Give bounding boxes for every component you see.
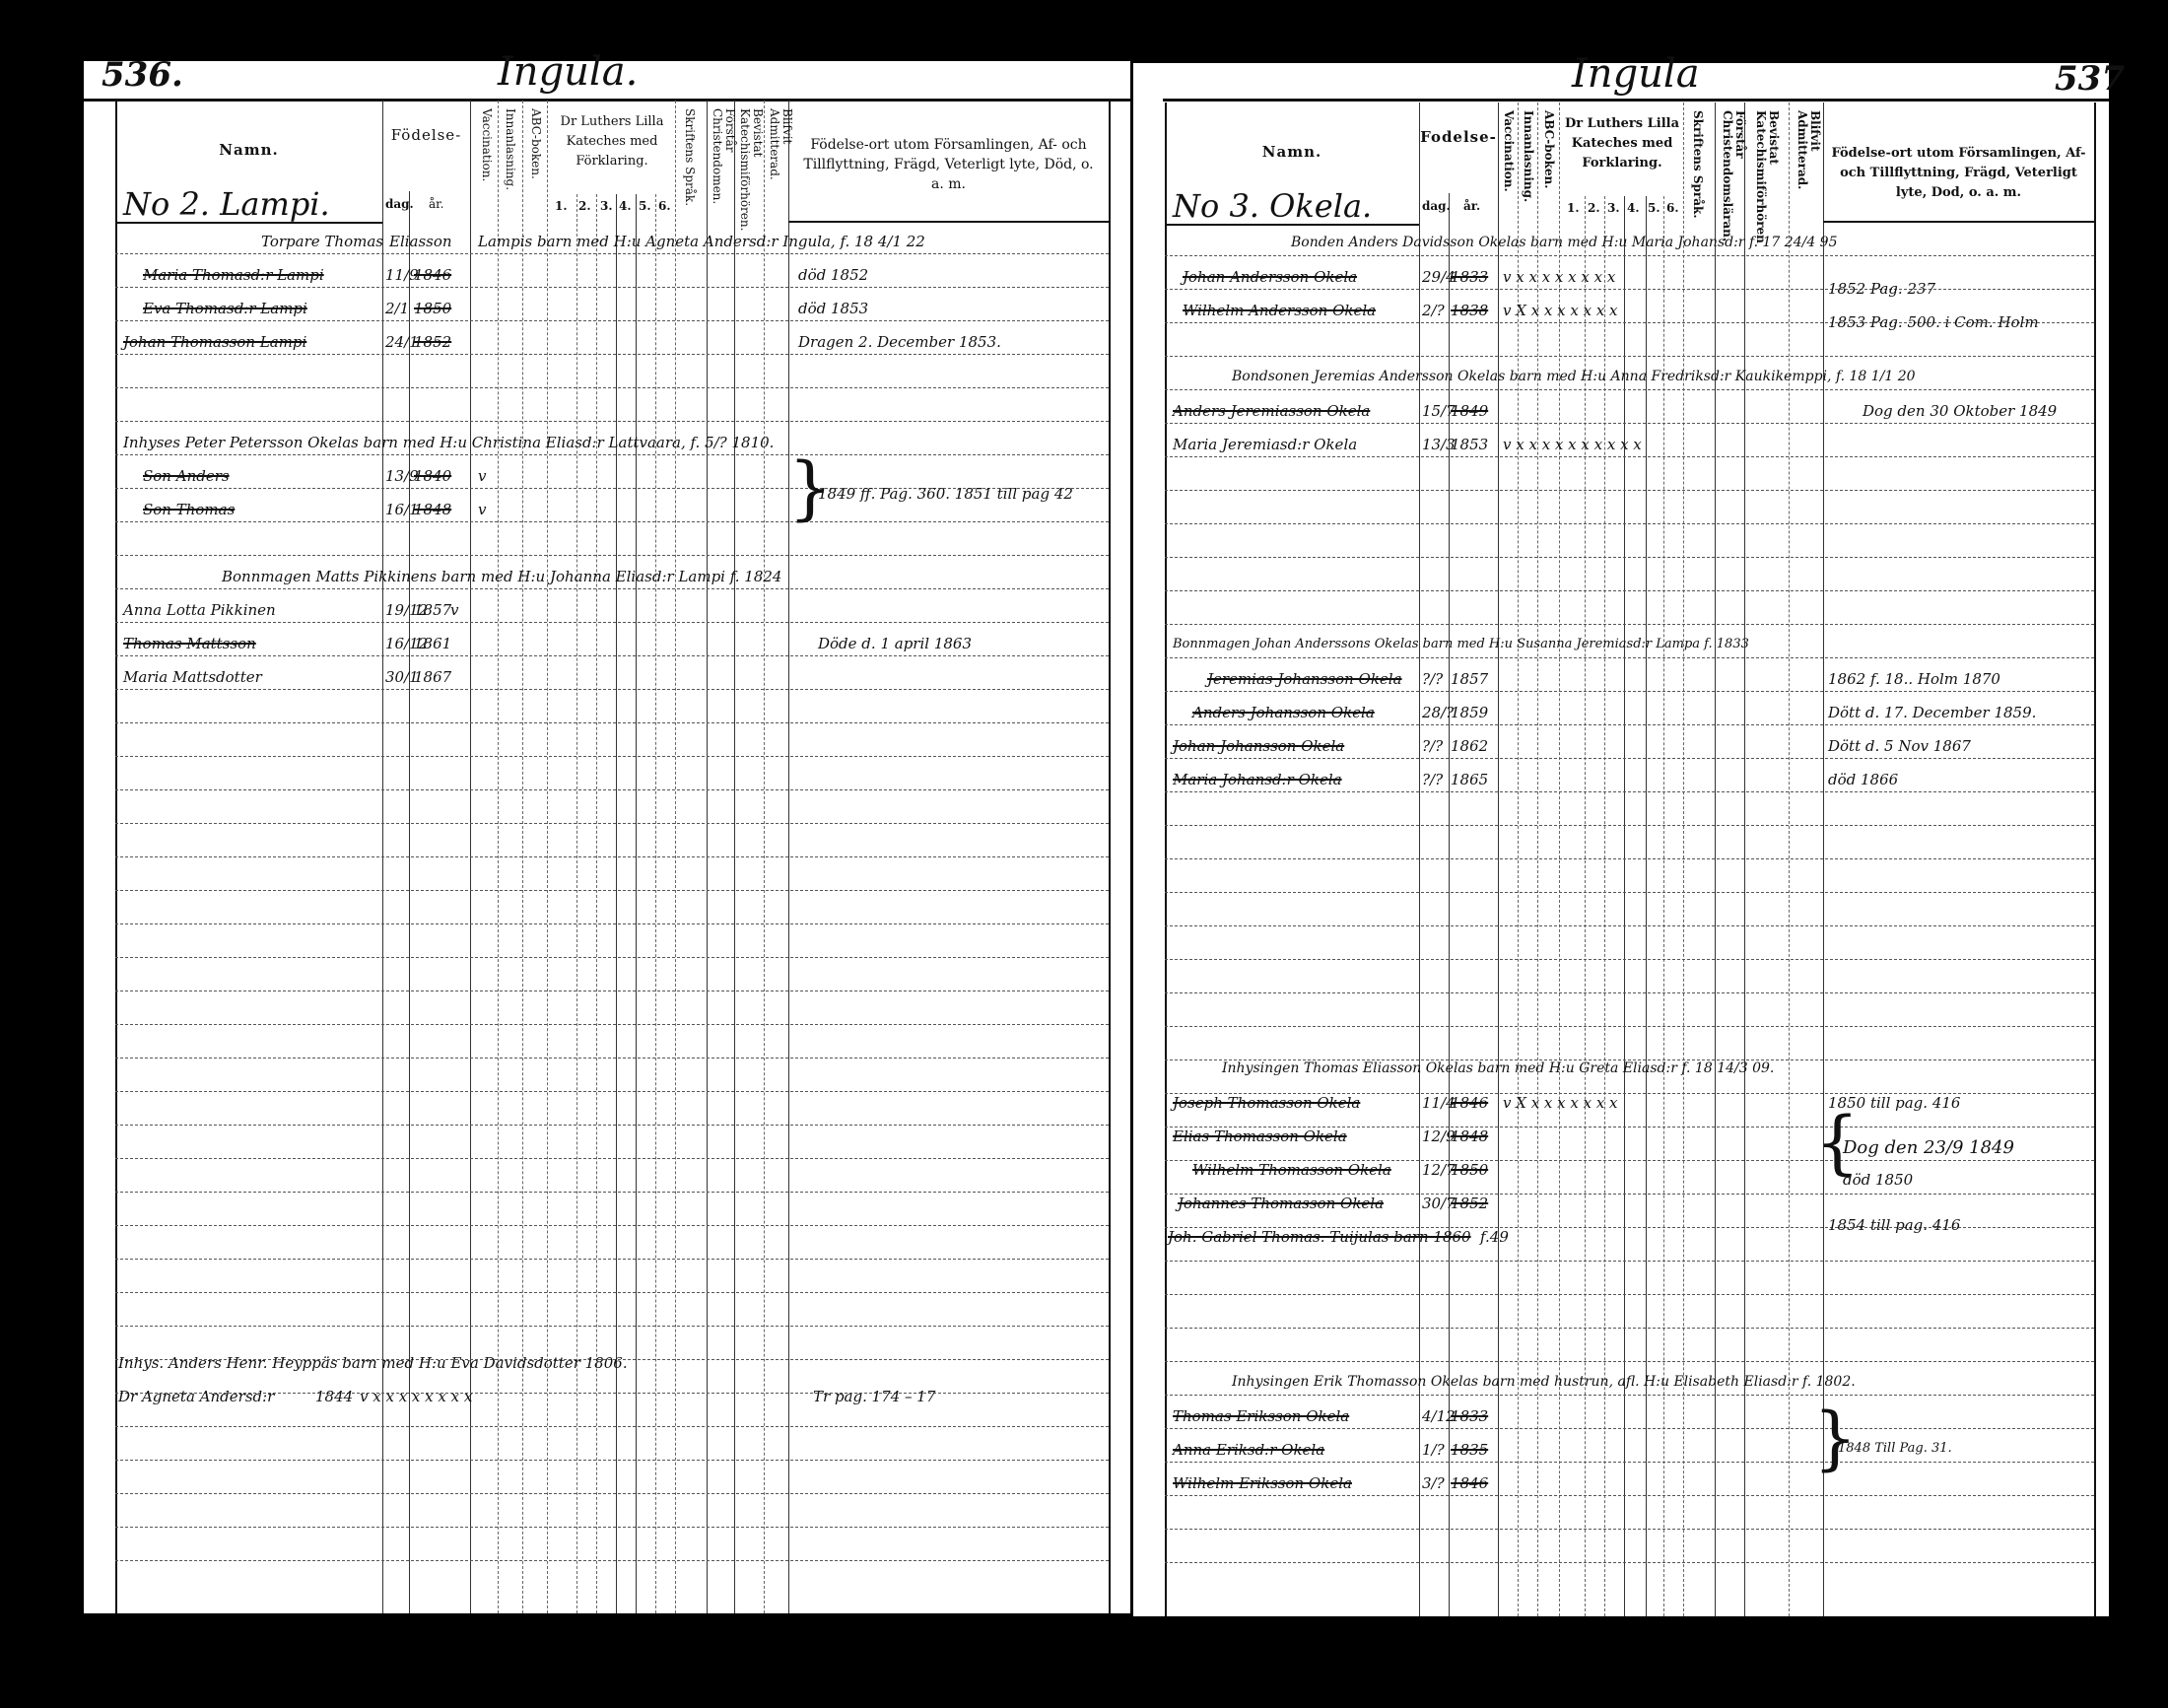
column-header-fodelse: Födelse- (382, 125, 470, 145)
column-header-ar: år. (429, 197, 443, 211)
entry-family-header: Bonden Anders Davidsson Okelas barn med … (1291, 235, 1838, 250)
entry-day: 2/? (1422, 302, 1445, 319)
entry-name: Torpare Thomas (261, 233, 383, 250)
entry-remark: 1854 till pag. 416 (1828, 1216, 1960, 1234)
entry-family-header: Inhysingen Erik Thomasson Okelas barn me… (1232, 1374, 1856, 1390)
entry-family-header: Bonnmagen Matts Pikkinens barn med H:u J… (222, 568, 781, 585)
entry-remark: 1848 Till Pag. 31. (1838, 1441, 1952, 1456)
entry-mark: v (450, 601, 458, 619)
entry-name: Anna Eriksd:r Okela (1173, 1441, 1324, 1459)
luther-sub-3: 3. (1607, 201, 1620, 215)
entry-remark: Döde d. 1 april 1863 (818, 635, 972, 652)
entry-remark: Dog den 23/9 1849 (1843, 1137, 2014, 1158)
entry-name: Wilhelm Andersson Okela (1183, 302, 1376, 319)
col-divider (636, 194, 637, 1613)
column-header-vaccination: Vaccination. (1502, 110, 1515, 192)
entry-name: Thomas Eriksson Okela (1173, 1407, 1349, 1425)
column-header-forstar: Förstår Christendomsläran. (1721, 110, 1746, 219)
household-title: No 3. Okela. (1173, 187, 1372, 225)
entry-name: Johan Andersson Okela (1183, 268, 1357, 286)
column-header-blifvit: Blifvit Admitterad. (1795, 110, 1821, 219)
entry-family-header: Inhys. Anders Henr. Heyppäs barn med H:u… (118, 1354, 628, 1372)
luther-sub-1: 1. (1567, 201, 1580, 215)
entry-remark: död 1850 (1843, 1171, 1913, 1189)
entry-name: Elias Thomasson Okela (1173, 1127, 1347, 1145)
luther-sub-4: 4. (619, 199, 632, 213)
column-header-vaccination: Vaccination. (480, 108, 493, 181)
entry-year: 1849 (1451, 402, 1488, 420)
entry-day: 28/? (1422, 704, 1454, 721)
col-divider (1663, 196, 1664, 1616)
entry-name: Maria Jeremiasd:r Okela (1173, 436, 1357, 453)
col-divider (616, 194, 617, 1613)
entry-name: Anders Jeremiasson Okela (1173, 402, 1370, 420)
entry-remark: död 1852 (798, 266, 868, 284)
column-header-abc: ABC-boken. (1542, 110, 1555, 188)
entry-mark: v x x x x x x x x (360, 1388, 472, 1405)
entry-remark: Dött d. 5 Nov 1867 (1828, 737, 1971, 755)
column-header-skriftens: Skriftens Språk. (1691, 110, 1704, 219)
entry-name: Joseph Thomasson Okela (1173, 1094, 1360, 1112)
entry-remark: Dött d. 17. December 1859. (1828, 704, 2036, 721)
entry-remark: 1852 Pag. 237 (1828, 280, 1935, 298)
column-header-innanlasning: Innanlasning. (504, 108, 516, 190)
entry-year: 1867 (414, 668, 451, 686)
column-header-fodelseort: Födelse-ort utom Församlingen, Af- och T… (798, 135, 1099, 194)
column-header-luther: Dr Luthers Lilla Kateches med Förklaring… (549, 112, 675, 171)
right-border (2094, 102, 2096, 1616)
entry-year: 1835 (1451, 1441, 1488, 1459)
entry-remark: 1862 f. 18.. Holm 1870 (1828, 670, 2000, 688)
entry-year: 1861 (414, 635, 451, 652)
column-header-namn: Namn. (115, 140, 382, 160)
parish-heading: Ingula. (498, 49, 638, 95)
entry-year: 1862 (1451, 737, 1488, 755)
column-header-blifvit: Blifvit Admitterad. (768, 108, 793, 217)
entry-year: 1848 (1451, 1127, 1488, 1145)
column-header-luther: Dr Luthers Lilla Kateches med Forklaring… (1561, 114, 1683, 173)
entry-year: 1838 (1451, 302, 1488, 319)
entry-family-header: Bondsonen Jeremias Andersson Okelas barn… (1232, 369, 1916, 384)
entry-family-header: Bonnmagen Johan Anderssons Okelas barn m… (1173, 637, 1749, 651)
entry-name: Johan Thomasson Lampi (123, 333, 306, 351)
luther-sub-2: 2. (1588, 201, 1600, 215)
entry-remark: 1849 ff. Pag. 360. 1851 till pag 42 (818, 485, 1073, 503)
col-divider (596, 194, 597, 1613)
entry-day: 1/? (1422, 1441, 1445, 1459)
entry-day: ?/? (1422, 670, 1443, 688)
entry-year: 1846 (414, 266, 451, 284)
header-rule (1163, 99, 2109, 102)
entry-remark: död 1866 (1828, 771, 1898, 788)
entry-year: 1852 (414, 333, 451, 351)
luther-sub-1: 1. (555, 199, 568, 213)
entry-name: Son Thomas (143, 501, 235, 518)
entry-year: 1850 (1451, 1161, 1488, 1179)
entry-name: Thomas Mattsson (123, 635, 256, 652)
page-number: 536. (102, 55, 183, 95)
entry-remark: död 1853 (798, 300, 868, 317)
column-header-fodelseort: Födelse-ort utom Församlingen, Af- och T… (1828, 144, 2089, 203)
entry-mark: v X x x x x x x x (1503, 1094, 1618, 1112)
column-header-bevistat: Bevistat Katechismiförhören (1754, 110, 1780, 219)
entry-name: Johannes Thomasson Okela (1178, 1195, 1384, 1212)
entry-name: Maria Mattsdotter (123, 668, 262, 686)
entry-remark: Tr pag. 174 – 17 (813, 1388, 935, 1405)
column-header-abc: ABC-boken. (529, 108, 542, 179)
right-page: Ingula 537 Namn. Fodelse- dag. år. Vacci… (1133, 63, 2109, 1616)
entry-name: Eva Thomasd:r Lampi (143, 300, 307, 317)
entry-mark: v (478, 467, 486, 485)
entry-name: Wilhelm Thomasson Okela (1192, 1161, 1391, 1179)
entry-name: Maria Thomasd:r Lampi (143, 266, 324, 284)
column-header-dag: dag. (385, 197, 414, 211)
entry-year: 1846 (1451, 1474, 1488, 1492)
entry-mark: v (478, 501, 486, 518)
entry-day: ?/? (1422, 771, 1443, 788)
entry-day: ?/? (1422, 737, 1443, 755)
entry-note: Lampis barn med H:u Agneta Andersd:r Ing… (478, 233, 925, 250)
col-divider (655, 194, 656, 1613)
entry-year: 1865 (1451, 771, 1488, 788)
entry-remark: Dragen 2. December 1853. (798, 333, 1001, 351)
entry-remark: Dog den 30 Oktober 1849 (1863, 402, 2057, 420)
col-divider (1585, 196, 1586, 1616)
header-bottom-rule (1823, 221, 2094, 223)
col-divider (1646, 196, 1647, 1616)
col-divider (1624, 196, 1625, 1616)
header-bottom-rule (788, 221, 1109, 223)
entry-year: 1844 (315, 1388, 353, 1405)
entry-day: 2/1 (385, 300, 409, 317)
entry-name: Jeremias Johansson Okela (1207, 670, 1402, 688)
entry-family-header: Inhyses Peter Petersson Okelas barn med … (123, 434, 774, 451)
entry-family-header: Inhysingen Thomas Eliasson Okelas barn m… (1222, 1060, 1774, 1076)
entry-year: 1848 (414, 501, 451, 518)
col-divider (576, 194, 577, 1613)
luther-sub-2: 2. (578, 199, 591, 213)
entry-name: Dr Agneta Andersd:r (118, 1388, 274, 1405)
column-header-forstar: Förstår Christendomen. (711, 108, 736, 217)
entry-year: 1850 (414, 300, 451, 317)
left-border (1165, 102, 1167, 1616)
column-header-bevistat: Bevistat Katechismiförhören. (738, 108, 764, 217)
entry-year: 1859 (1451, 704, 1488, 721)
entry-year: 1833 (1451, 1407, 1488, 1425)
parish-heading: Ingula (1572, 51, 1700, 97)
entry-year: 1840 (414, 467, 451, 485)
entry-remark: 1853 Pag. 500. i Com. Holm (1828, 313, 2039, 331)
entry-year: 1857 (414, 601, 451, 619)
entry-remark: f.49 (1480, 1228, 1509, 1246)
luther-sub-6: 6. (658, 199, 671, 213)
household-title: No 2. Lampi. (123, 185, 330, 223)
entry-year: 1853 (1451, 436, 1488, 453)
entry-year: Eliasson (389, 233, 452, 250)
header-rule (84, 99, 1130, 102)
luther-sub-5: 5. (1648, 201, 1660, 215)
column-header-namn: Namn. (1165, 142, 1419, 162)
entry-name: Anders Johansson Okela (1192, 704, 1375, 721)
column-header-ar: år. (1463, 199, 1480, 213)
entry-year: 1852 (1451, 1195, 1488, 1212)
entry-mark: v x x x x x x x x (1503, 268, 1615, 286)
col-divider (1604, 196, 1605, 1616)
entry-name: Son Anders (143, 467, 230, 485)
entry-name: Johan Johansson Okela (1173, 737, 1344, 755)
entry-name: Anna Lotta Pikkinen (123, 601, 276, 619)
left-page: 536. Ingula. Namn. Födelse- dag. år. Vac… (84, 61, 1130, 1613)
column-header-dag: dag. (1422, 199, 1451, 213)
entry-name: Joh. Gabriel Thomas. Tuijulas barn 1860 (1168, 1228, 1471, 1246)
entry-name: Wilhelm Eriksson Okela (1173, 1474, 1352, 1492)
entry-mark: v X x x x x x x x (1503, 302, 1618, 319)
entry-year: 1846 (1451, 1094, 1488, 1112)
entry-mark: v x x x x x x x x x x (1503, 436, 1642, 453)
entry-name: Maria Johansd:r Okela (1173, 771, 1342, 788)
column-header-innanlasning: Innanlasning. (1522, 110, 1534, 202)
entry-year: 1857 (1451, 670, 1488, 688)
page-number: 537 (2055, 59, 2125, 99)
entry-day: 3/? (1422, 1474, 1445, 1492)
luther-sub-3: 3. (600, 199, 613, 213)
luther-sub-6: 6. (1666, 201, 1679, 215)
right-border (1109, 101, 1111, 1613)
luther-sub-5: 5. (639, 199, 651, 213)
entry-year: 1833 (1451, 268, 1488, 286)
column-header-fodelse: Fodelse- (1419, 127, 1498, 147)
luther-sub-4: 4. (1627, 201, 1640, 215)
brace-icon: } (1813, 1403, 1858, 1472)
column-header-skriftens: Skriftens Språk. (683, 108, 696, 206)
